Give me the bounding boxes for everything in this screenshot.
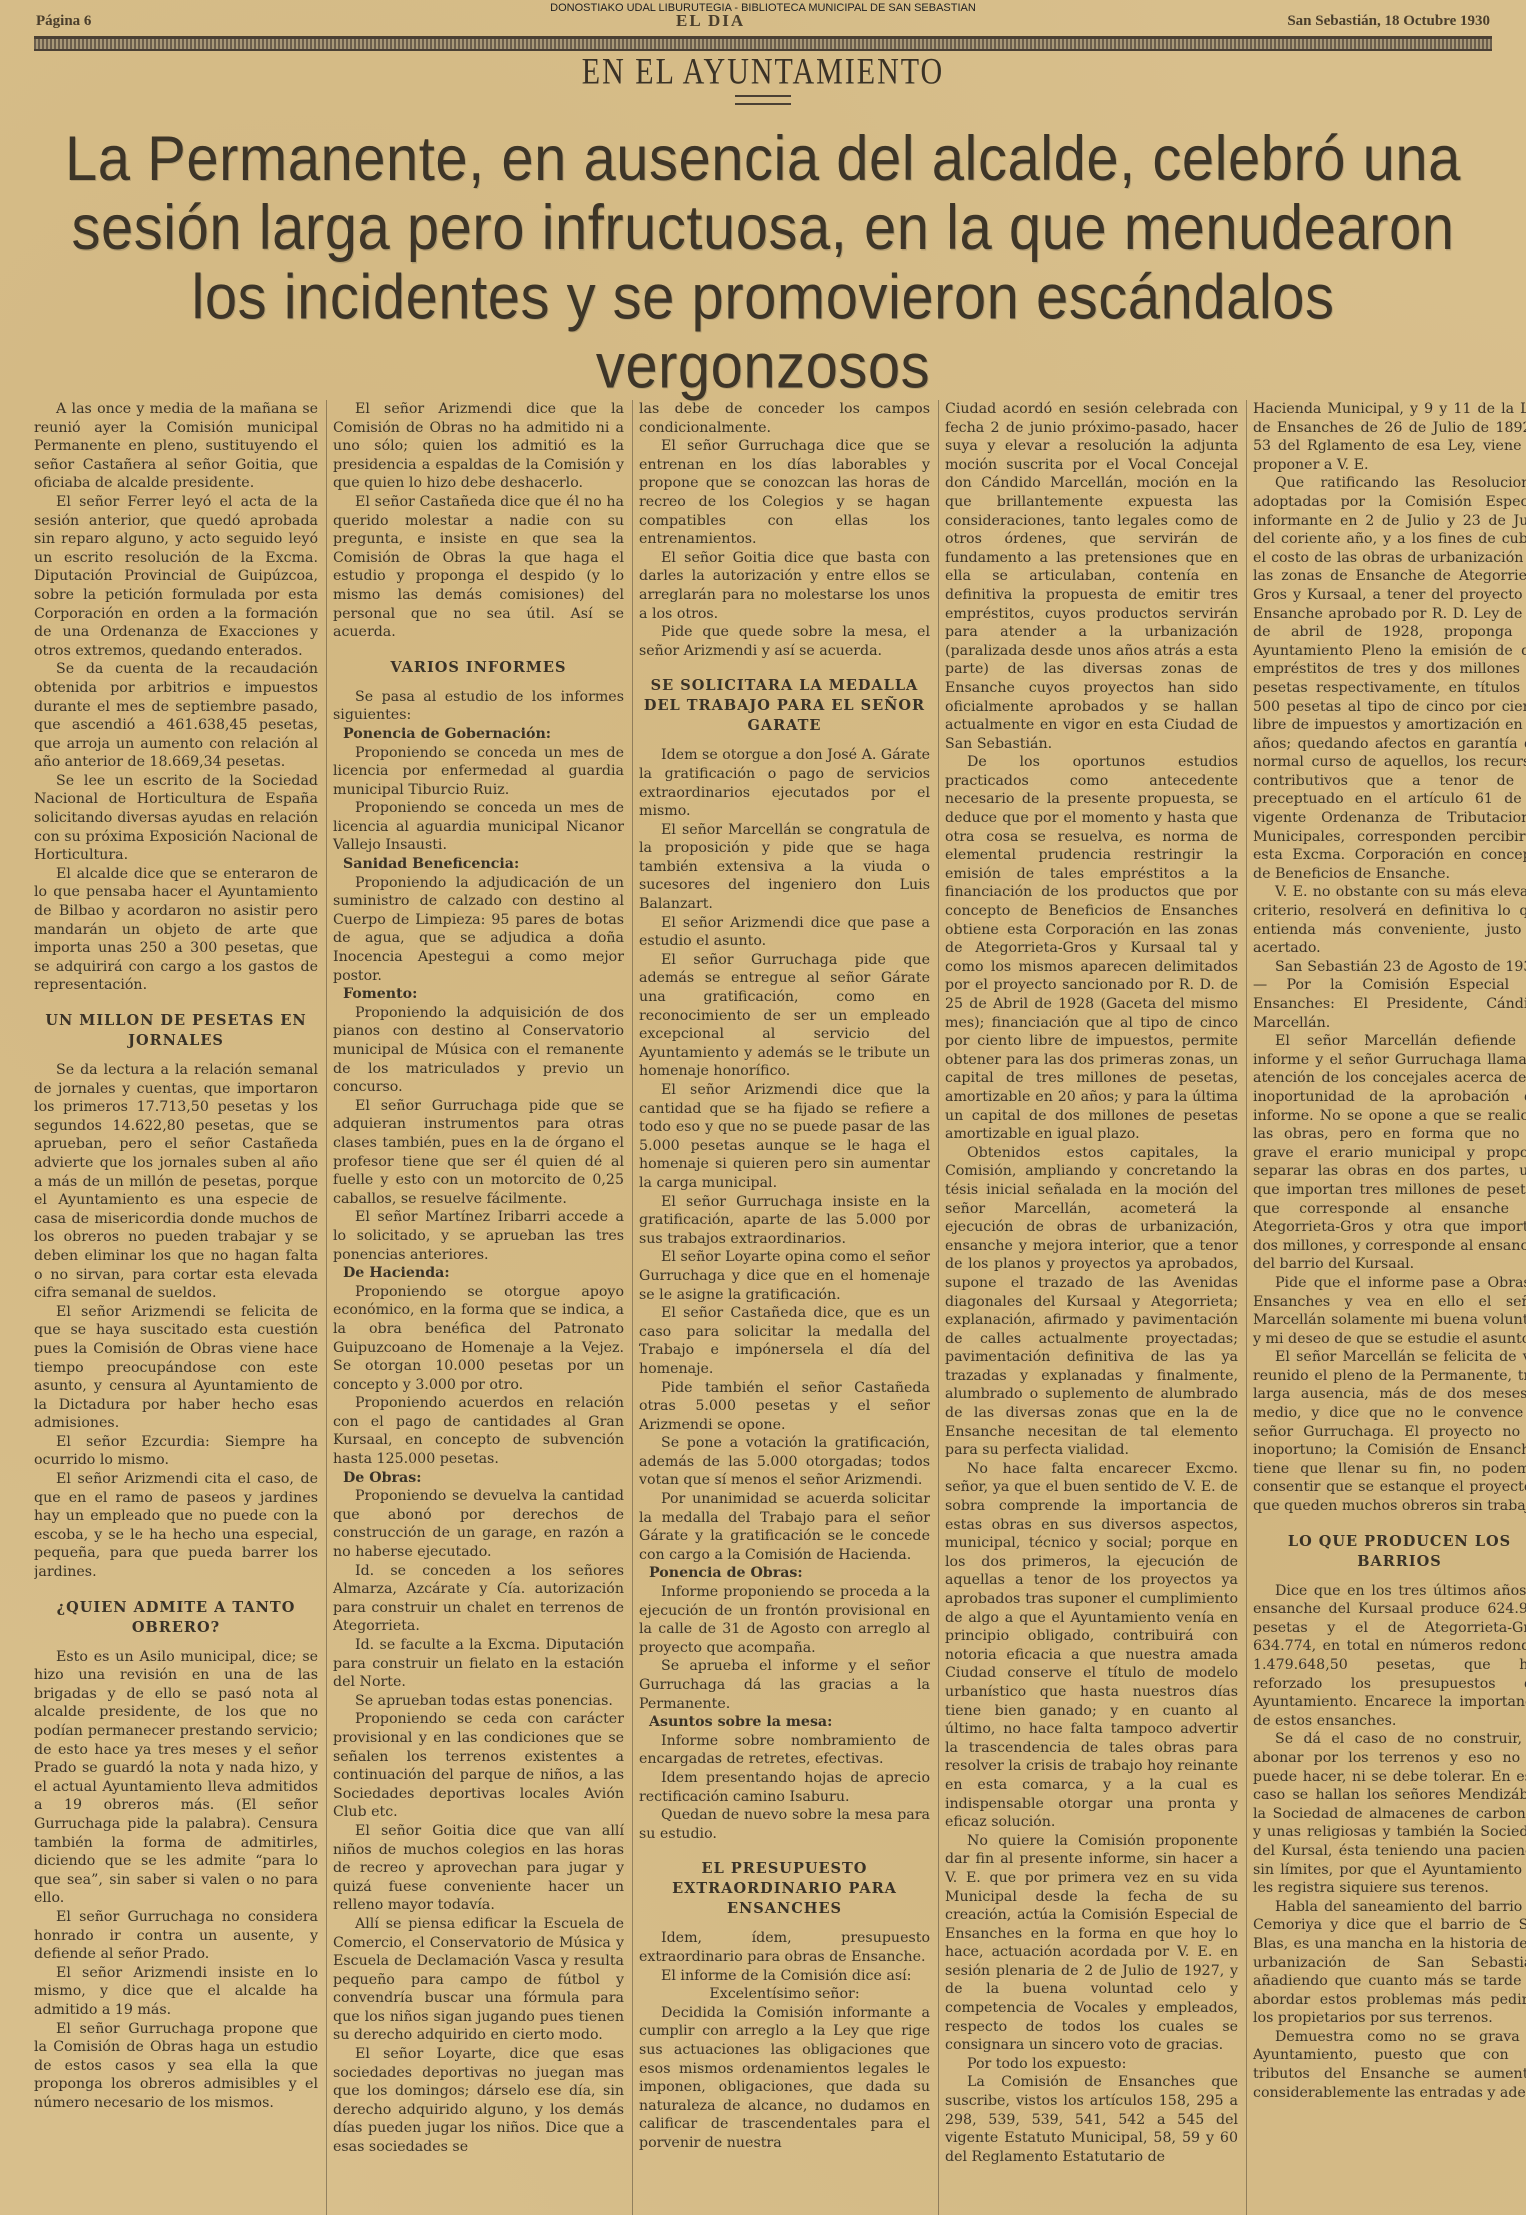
paragraph: De los oportunos estudios practicados co… [945,753,1238,1143]
column-2: El señor Arizmendi dice que la Comisión … [326,400,624,2215]
masthead: Página 6 EL DIA San Sebastián, 18 Octubr… [36,8,1490,34]
paragraph: Proponiendo acuerdos en relación con el … [333,1394,624,1468]
column-1: A las once y media de la mañana se reuni… [34,400,318,2215]
paragraph: Demuestra como no se grava el Ayuntamien… [1253,2028,1526,2102]
paragraph: Id. se faculte a la Excma. Diputación pa… [333,1636,624,1692]
paragraph: La Comisión de Ensanches que suscribe, v… [945,2073,1238,2166]
paragraph: Idem, ídem, presupuesto extraordinario p… [639,1929,930,1966]
paragraph: Idem se otorgue a don José A. Gárate la … [639,746,930,820]
paragraph: Pide que quede sobre la mesa, el señor A… [639,623,930,660]
paragraph: El señor Arizmendi se felicita de que se… [34,1303,318,1433]
paragraph: Informe proponiendo se proceda a la ejec… [639,1583,930,1657]
paragraph: El alcalde dice que se enteraron de lo q… [34,865,318,995]
paragraph: Habla del saneamiento del barrio de Cemo… [1253,1898,1526,2028]
paragraph: Proponiendo la adjudicación de un sumini… [333,874,624,986]
paragraph: El señor Castañeda dice que él no ha que… [333,493,624,642]
paragraph: El señor Gurruchaga pide que además se e… [639,951,930,1081]
paragraph: El señor Arizmendi dice que la cantidad … [639,1081,930,1193]
paragraph: El señor Marcellán se felicita de ver re… [1253,1348,1526,1515]
paragraph: Proponiendo se devuelva la cantidad que … [333,1487,624,1561]
subheading: LO QUE PRODUCEN LOS BARRIOS [1253,1532,1526,1572]
paragraph: Idem presentando hojas de aprecio rectif… [639,1769,930,1806]
paragraph: El señor Ferrer leyó el acta de la sesió… [34,493,318,660]
column-3: las debe de conceder los campos condicio… [632,400,930,2215]
paragraph: El señor Loyarte opina como el señor Gur… [639,1248,930,1304]
paragraph: Informe sobre nombramiento de encargadas… [639,1732,930,1769]
paragraph: Proponiendo se ceda con carácter provisi… [333,1710,624,1822]
paragraph: No quiere la Comisión proponente dar fin… [945,1832,1238,2055]
paragraph: El señor Loyarte, dice que esas sociedad… [333,2045,624,2157]
subheading: VARIOS INFORMES [333,658,624,678]
paragraph: Proponiendo se otorgue apoyo económico, … [333,1283,624,1395]
paragraph: El señor Gurruchaga pide que se adquiera… [333,1097,624,1209]
ponencia-label: Fomento: [333,985,624,1004]
subheading: EL PRESUPUESTO EXTRAORDINARIO PARA ENSAN… [639,1859,930,1919]
paragraph: Que ratificando las Resoluciones adoptad… [1253,474,1526,883]
paragraph: Proponiendo se conceda un mes de licenci… [333,744,624,800]
paragraph: Decidida la Comisión informante a cumpli… [639,2004,930,2153]
subheading: ¿QUIEN ADMITE A TANTO OBRERO? [34,1598,318,1638]
paragraph: El informe de la Comisión dice así: [639,1967,930,1986]
paragraph: No hace falta encarecer Excmo. señor, ya… [945,1460,1238,1832]
paragraph: Se da cuenta de la recaudación obtenida … [34,660,318,772]
masthead-rule [34,36,1492,51]
paragraph: El señor Goitia dice que basta con darle… [639,549,930,623]
paragraph: Dice que en los tres últimos años el ens… [1253,1582,1526,1731]
paragraph: El señor Arizmendi insiste en lo mismo, … [34,1964,318,2020]
paragraph: Se aprueban todas estas ponencias. [333,1692,624,1711]
paragraph: El señor Gurruchaga propone que la Comis… [34,2020,318,2113]
paragraph: El señor Ezcurdia: Siempre ha ocurrido l… [34,1433,318,1470]
newspaper-name: EL DIA [676,11,745,31]
paragraph: El señor Castañeda dice, que es un caso … [639,1304,930,1378]
paragraph: El señor Marcellán defiende el informe y… [1253,1032,1526,1274]
ponencia-label: Asuntos sobre la mesa: [639,1713,930,1732]
subheading: UN MILLON DE PESETAS EN JORNALES [34,1011,318,1051]
section-title: EN EL AYUNTAMIENTO [0,51,1526,94]
article-columns: A las once y media de la mañana se reuni… [34,400,1506,2215]
ornament-divider [735,95,791,105]
column-4: Ciudad acordó en sesión celebrada con fe… [938,400,1238,2215]
subheading: SE SOLICITARA LA MEDALLA DEL TRABAJO PAR… [639,676,930,736]
paragraph: El señor Arizmendi dice que la Comisión … [333,400,624,493]
paragraph: Se pasa al estudio de los informes sigui… [333,688,624,725]
column-5: Hacienda Municipal, y 9 y 11 de la Ley d… [1246,400,1526,2215]
paragraph: Se aprueba el informe y el señor Gurruch… [639,1657,930,1713]
paragraph: El señor Gurruchaga dice que se entrenan… [639,437,930,549]
headline: La Permanente, en ausencia del alcalde, … [36,125,1490,401]
paragraph: El señor Arizmendi dice que pase a estud… [639,914,930,951]
paragraph: Por todo los expuesto: [945,2055,1238,2074]
paragraph: A las once y media de la mañana se reuni… [34,400,318,493]
paragraph: Obtenidos estos capitales, la Comisión, … [945,1144,1238,1460]
paragraph: V. E. no obstante con su más elevado cri… [1253,883,1526,957]
paragraph: Excelentísimo señor: [639,1985,930,2004]
paragraph: Id. se conceden a los señores Almarza, A… [333,1562,624,1636]
paragraph: Hacienda Municipal, y 9 y 11 de la Ley d… [1253,400,1526,474]
ponencia-label: De Hacienda: [333,1264,624,1283]
paragraph: Proponiendo se conceda un mes de licenci… [333,799,624,855]
ponencia-label: Ponencia de Gobernación: [333,725,624,744]
paragraph: Por unanimidad se acuerda solicitar la m… [639,1490,930,1564]
ponencia-label: Sanidad Beneficencia: [333,855,624,874]
paragraph: El señor Goitia dice que van allí niños … [333,1822,624,1915]
paragraph: Se lee un escrito de la Sociedad Naciona… [34,772,318,865]
dateline: San Sebastián, 18 Octubre 1930 [1287,13,1490,30]
paragraph: las debe de conceder los campos condicio… [639,400,930,437]
paragraph: El señor Gurruchaga no considera honrado… [34,1908,318,1964]
paragraph: El señor Gurruchaga insiste en la gratif… [639,1193,930,1249]
paragraph: Pide también el señor Castañeda otras 5.… [639,1379,930,1435]
paragraph: Ciudad acordó en sesión celebrada con fe… [945,400,1238,753]
ponencia-label: Ponencia de Obras: [639,1564,930,1583]
paragraph: Se dá el caso de no construir, ni abonar… [1253,1730,1526,1897]
paragraph: El señor Arizmendi cita el caso, de que … [34,1470,318,1582]
paragraph: Esto es un Asilo municipal, dice; se hiz… [34,1648,318,1908]
paragraph: Se da lectura a la relación semanal de j… [34,1061,318,1303]
ponencia-label: De Obras: [333,1469,624,1488]
paragraph: Quedan de nuevo sobre la mesa para su es… [639,1806,930,1843]
paragraph: Proponiendo la adquisición de dos pianos… [333,1004,624,1097]
paragraph: Allí se piensa edificar la Escuela de Co… [333,1915,624,2045]
paragraph: El señor Marcellán se congratula de la p… [639,821,930,914]
paragraph: Se pone a votación la gratificación, ade… [639,1434,930,1490]
paragraph: El señor Martínez Iribarri accede a lo s… [333,1208,624,1264]
page-number: Página 6 [36,13,91,30]
paragraph: Pide que el informe pase a Obras y Ensan… [1253,1274,1526,1348]
paragraph: San Sebastián 23 de Agosto de 1930. — Po… [1253,958,1526,1032]
